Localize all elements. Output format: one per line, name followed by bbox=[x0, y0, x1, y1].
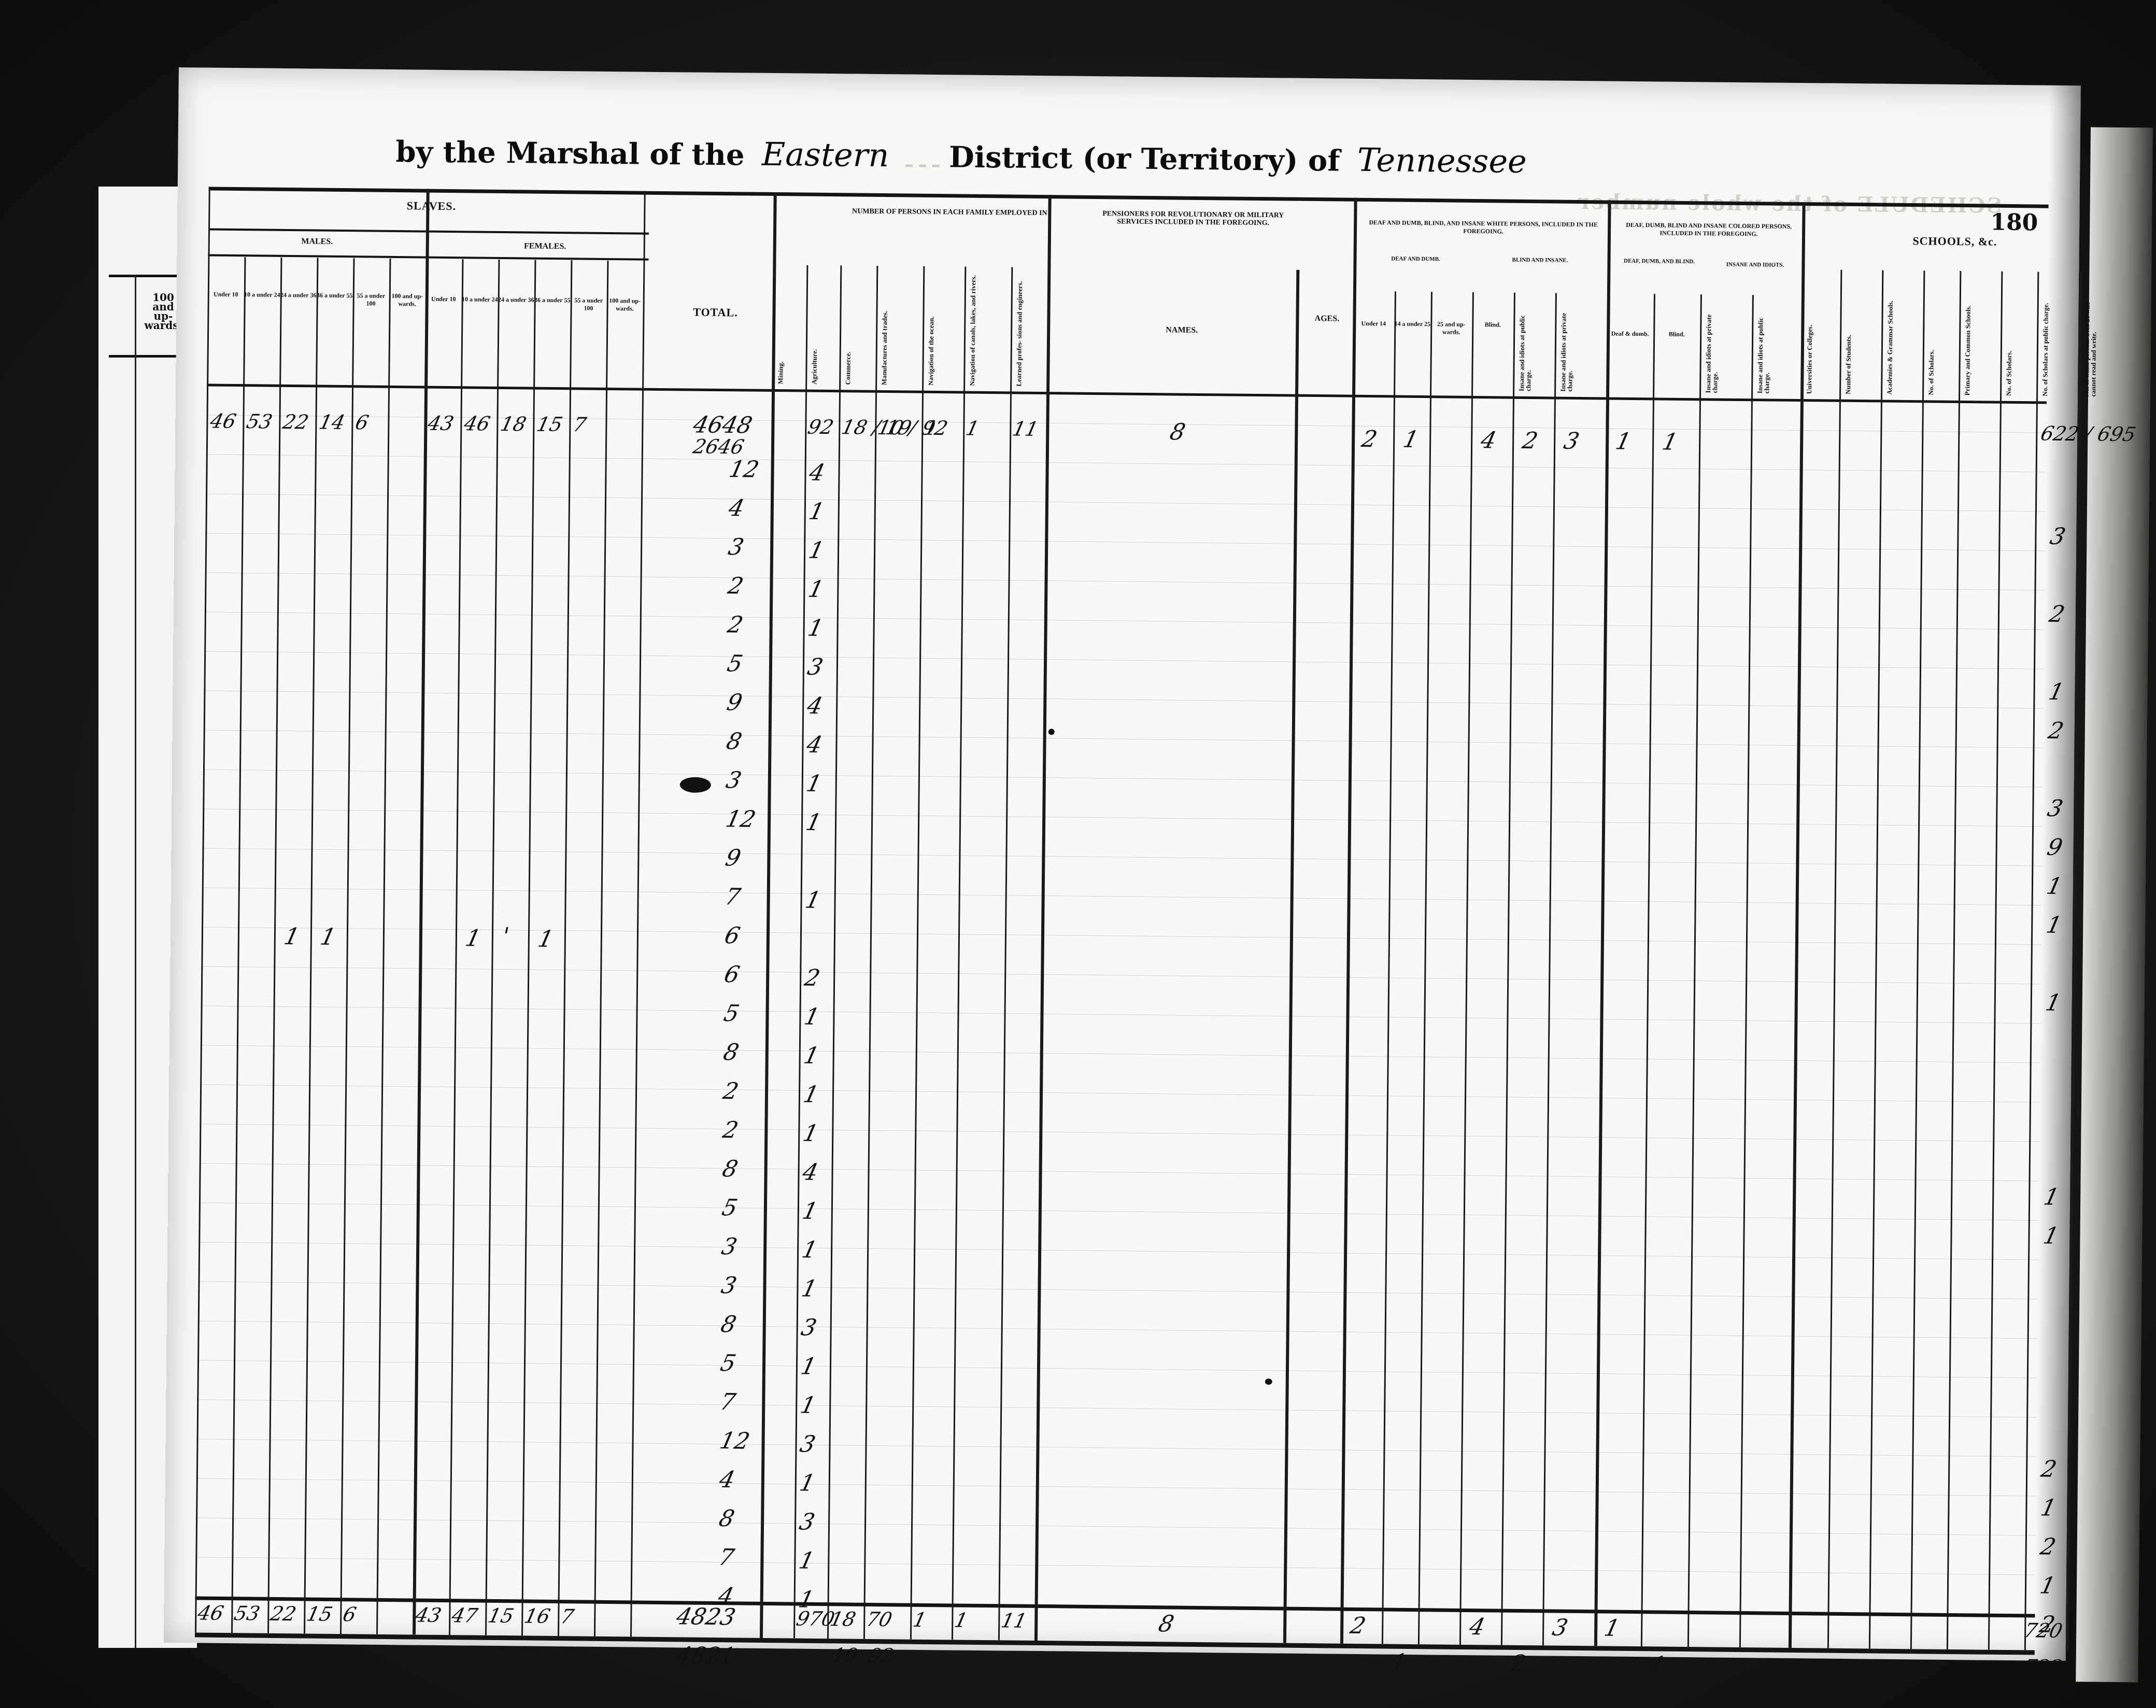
family-total: 6 bbox=[722, 922, 742, 949]
column-rule bbox=[863, 266, 878, 1639]
column-rule bbox=[1869, 271, 1884, 1649]
agriculture-count: 4 bbox=[807, 460, 827, 486]
column-rule bbox=[1910, 271, 1925, 1649]
footer-colored-disabled-total: 1 bbox=[1602, 1615, 1622, 1642]
column-rule bbox=[231, 257, 246, 1633]
family-total: 5 bbox=[718, 1350, 738, 1376]
family-total: 5 bbox=[725, 650, 745, 677]
footer-employment-total: 1 bbox=[952, 1609, 970, 1632]
footer-slave-male-total: 53 bbox=[232, 1602, 262, 1625]
column-rule bbox=[1687, 294, 1702, 1647]
family-total: 7 bbox=[722, 884, 743, 910]
row-gridline bbox=[196, 1517, 2036, 1535]
slave-female-count: 18 bbox=[499, 412, 529, 435]
slave-female-count: 7 bbox=[571, 413, 589, 436]
males-header: MALES. bbox=[260, 237, 374, 247]
agriculture-count: 3 bbox=[797, 1509, 817, 1535]
family-total: 8 bbox=[716, 1505, 736, 1532]
female-age-column-header: 36 a under 55 bbox=[534, 296, 571, 305]
white-disabled-column-header: Insane and idiots at private charge. bbox=[1559, 298, 1586, 392]
bleed-through-text: ـ ـ ـ bbox=[906, 147, 939, 172]
male-age-column-header: 24 a under 36 bbox=[280, 291, 317, 300]
agriculture-count: 1 bbox=[800, 1198, 820, 1225]
row-gridline bbox=[195, 1557, 2035, 1575]
column-rule bbox=[195, 187, 210, 1633]
agriculture-count: 1 bbox=[797, 1470, 817, 1497]
ink-dot bbox=[1265, 1378, 1272, 1385]
female-age-column-header: Under 10 bbox=[425, 295, 462, 304]
row-gridline bbox=[197, 1439, 2037, 1457]
family-total: 7 bbox=[716, 1544, 736, 1571]
white-disabled-count: 2 bbox=[1520, 428, 1540, 454]
column-rule bbox=[1988, 272, 2003, 1650]
employment-count: 11 bbox=[1010, 418, 1040, 440]
total-count-line2: 2646 bbox=[691, 435, 746, 459]
white-disabled-count: 1 bbox=[1401, 426, 1421, 453]
slave-female-count: 46 bbox=[462, 412, 492, 435]
schools-column-header: Number of Students. bbox=[1845, 280, 1877, 395]
colored-disabled-header: DEAF, DUMB, BLIND AND INSANE COLORED PER… bbox=[1613, 221, 1805, 239]
agriculture-count: 1 bbox=[806, 537, 826, 564]
column-rule bbox=[1418, 292, 1432, 1644]
white-disabled-count: 4 bbox=[1479, 427, 1499, 453]
white-disabled-count: 2 bbox=[1359, 426, 1380, 452]
footer-slave-male-total: 46 bbox=[195, 1602, 225, 1625]
row-gridline bbox=[197, 1360, 2037, 1378]
footer-employment-total: 18 bbox=[828, 1607, 858, 1630]
footer-slave-male-total: 15 bbox=[304, 1603, 334, 1626]
schools-column-header: Universities or Colleges. bbox=[1806, 280, 1835, 394]
row-gridline bbox=[200, 1084, 2040, 1102]
agriculture-count: 3 bbox=[805, 654, 825, 680]
male-age-column-header: 10 a under 24 bbox=[244, 291, 280, 299]
row-gridline bbox=[206, 494, 2046, 512]
male-age-column-header: 100 and up- wards. bbox=[389, 292, 425, 308]
column-rule bbox=[910, 266, 925, 1640]
state-handwritten: Tennessee bbox=[1357, 141, 1527, 180]
column-rule bbox=[827, 265, 842, 1639]
total-header: TOTAL. bbox=[669, 305, 762, 320]
agriculture-count: 1 bbox=[803, 809, 824, 836]
agriculture-count: 1 bbox=[806, 576, 826, 603]
footer-pensioner-total: 8 bbox=[1156, 1611, 1176, 1637]
row-gridline bbox=[205, 573, 2045, 591]
column-rule bbox=[558, 260, 572, 1636]
column-rule bbox=[413, 189, 430, 1635]
column-rule bbox=[998, 267, 1013, 1640]
agriculture-count: 1 bbox=[801, 1081, 821, 1108]
census-table: SLAVES. MALES. FEMALES. Under 10Under 10… bbox=[195, 187, 2049, 1645]
footer-slave-female-total: 15 bbox=[486, 1604, 516, 1627]
agriculture-count: 1 bbox=[798, 1354, 818, 1380]
family-total: 12 bbox=[723, 806, 758, 832]
agriculture-count: 1 bbox=[803, 887, 823, 914]
column-rule bbox=[1283, 270, 1299, 1643]
title-middle: District (or Territory) of bbox=[949, 140, 1340, 178]
footer-white-disabled-total: 2 bbox=[1348, 1613, 1368, 1639]
colored-disabled-column-header: Blind. bbox=[1653, 330, 1700, 338]
column-rule bbox=[521, 260, 536, 1636]
column-rule bbox=[1789, 202, 1806, 1648]
column-rule bbox=[1739, 295, 1754, 1647]
schools-header: SCHOOLS, &c. bbox=[1877, 234, 2033, 249]
family-total: 3 bbox=[724, 767, 744, 793]
row-gridline bbox=[196, 1478, 2036, 1496]
ink-dot bbox=[1048, 729, 1055, 735]
column-rule bbox=[1542, 293, 1557, 1646]
schools-column-header: No. of Scholars. bbox=[1927, 281, 1954, 395]
employment-count: 92 bbox=[806, 416, 836, 438]
row-gridline bbox=[202, 888, 2042, 906]
column-rule bbox=[594, 261, 608, 1636]
row-gridline bbox=[205, 533, 2045, 551]
employment-column-header: Commerce. bbox=[844, 271, 871, 385]
column-rule bbox=[1034, 195, 1052, 1641]
pensioners-header: PENSIONERS FOR REVOLUTIONARY OR MILITARY… bbox=[1089, 210, 1297, 227]
white-disabled-count: 3 bbox=[1562, 428, 1582, 454]
white-disabled-column-header: Insane and idiots at public charge. bbox=[1518, 298, 1545, 391]
footer-white-disabled-total: 3 bbox=[1550, 1615, 1570, 1641]
footer-employment-below: 92 bbox=[866, 1644, 896, 1667]
family-total: 9 bbox=[723, 845, 743, 871]
family-total: 2 bbox=[726, 573, 746, 599]
family-total: 6 bbox=[722, 961, 742, 988]
male-age-column-header: 36 a under 55 bbox=[317, 292, 353, 300]
male-age-column-header: Under 10 bbox=[208, 291, 244, 299]
footer-grand-total: 4823 bbox=[674, 1603, 738, 1630]
colored-disabled-count: 1 bbox=[1660, 429, 1680, 456]
colored-disabled-column-header: Insane and idiots at private charge. bbox=[1705, 302, 1737, 393]
family-total: 3 bbox=[719, 1233, 740, 1260]
row-gridline bbox=[201, 1045, 2040, 1063]
footer-slave-female-total: 16 bbox=[522, 1605, 552, 1628]
colored-disabled-column-header: Insane and idiots at public charge. bbox=[1756, 303, 1789, 394]
colored-insane-subheader: INSANE AND IDIOTS. bbox=[1708, 261, 1802, 269]
slave-male-count: 6 bbox=[353, 411, 371, 434]
family-total: 5 bbox=[721, 1000, 742, 1027]
white-disabled-column-header: 14 a under 25 bbox=[1394, 320, 1430, 329]
colored-disabled-count: 1 bbox=[1613, 429, 1634, 455]
schools-column-header: No. of Scholars. bbox=[2005, 282, 2032, 396]
column-rule bbox=[376, 259, 391, 1634]
employment-column-header: Navigation of the ocean. bbox=[927, 272, 959, 386]
employment-column-header: Manufactures and trades. bbox=[881, 271, 918, 386]
column-rule bbox=[1594, 200, 1611, 1646]
column-rule bbox=[1382, 292, 1396, 1644]
footer-grand-total-below: 4821 bbox=[674, 1642, 737, 1669]
column-rule bbox=[630, 191, 646, 1637]
colored-deaf-dumb-blind-subheader: DEAF, DUMB, AND BLIND. bbox=[1612, 258, 1706, 266]
pensioner-ages-header: AGES. bbox=[1306, 314, 1348, 324]
row-gridline bbox=[200, 1163, 2039, 1181]
footer-slave-male-total: 22 bbox=[268, 1602, 298, 1625]
schools-column-header: Academies & Grammar Schools. bbox=[1886, 281, 1918, 395]
family-total: 2 bbox=[720, 1117, 741, 1143]
family-total: 4 bbox=[717, 1467, 737, 1493]
female-age-column-header: 24 a under 36 bbox=[498, 296, 534, 304]
slave-male-count: 46 bbox=[208, 410, 238, 433]
agriculture-count: 1 bbox=[801, 1120, 821, 1147]
female-age-column-header: 10 a under 24 bbox=[462, 295, 498, 304]
row-gridline bbox=[198, 1242, 2038, 1260]
slave-male-count: 22 bbox=[281, 410, 311, 433]
column-rule bbox=[485, 260, 500, 1635]
row-gridline bbox=[206, 454, 2046, 473]
footer-employment-total: 1 bbox=[911, 1609, 928, 1631]
employment-column-header: Learned profes- sions and engineers. bbox=[1015, 273, 1042, 387]
footer-slave-female-total: 43 bbox=[413, 1604, 443, 1627]
row-gridline bbox=[200, 1123, 2039, 1142]
footer-white-disabled-total: 4 bbox=[1467, 1614, 1487, 1640]
footer-slave-female-total: 47 bbox=[449, 1604, 479, 1627]
column-rule bbox=[1827, 270, 1842, 1648]
white-disabled-header: DEAF AND DUMB, BLIND, AND INSANE WHITE P… bbox=[1359, 219, 1608, 237]
column-rule bbox=[1459, 292, 1474, 1645]
row-gridline bbox=[198, 1320, 2038, 1339]
agriculture-count: 1 bbox=[798, 1392, 818, 1419]
female-age-column-header: 100 and up- wards. bbox=[606, 297, 643, 313]
column-rule bbox=[1641, 294, 1655, 1646]
row-gridline bbox=[205, 612, 2045, 630]
footer-employment-total: 70 bbox=[864, 1608, 894, 1631]
schools-column-header: Primary and Common Schools. bbox=[1964, 281, 1996, 396]
slave-female-count: ' bbox=[499, 923, 511, 949]
white-disabled-column-header: 25 and up- wards. bbox=[1430, 320, 1472, 336]
agriculture-count: 4 bbox=[800, 1159, 820, 1186]
agriculture-count: 1 bbox=[799, 1276, 819, 1302]
family-total: 5 bbox=[719, 1194, 740, 1221]
employment-column-header: Mining. bbox=[777, 270, 801, 384]
row-gridline bbox=[204, 691, 2044, 709]
title-prefix: by the Marshal of the bbox=[395, 135, 745, 172]
row-gridline bbox=[204, 651, 2044, 670]
family-total: 8 bbox=[718, 1311, 739, 1337]
females-header: FEMALES. bbox=[488, 241, 602, 252]
agriculture-count: 1 bbox=[802, 1004, 822, 1030]
employment-column-header: Navigation of canals, lakes, and rivers. bbox=[969, 272, 1006, 387]
slaves-header: SLAVES. bbox=[353, 198, 509, 214]
family-total: 9 bbox=[725, 689, 745, 716]
family-total: 7 bbox=[718, 1389, 738, 1415]
footer-slave-male-total: 6 bbox=[341, 1603, 358, 1626]
family-total: 8 bbox=[720, 1156, 740, 1182]
row-gridline bbox=[198, 1281, 2038, 1299]
row-gridline bbox=[204, 730, 2044, 748]
census-page: by the Marshal of the Eastern ـ ـ ـ Dist… bbox=[164, 67, 2081, 1661]
column-rule bbox=[1501, 293, 1515, 1645]
slave-female-count: 15 bbox=[535, 413, 565, 436]
agriculture-count: 1 bbox=[806, 499, 827, 525]
agriculture-count: 1 bbox=[805, 615, 826, 642]
row-gridline bbox=[203, 848, 2042, 866]
slave-male-count: 14 bbox=[317, 411, 347, 434]
pensioner-names-header: NAMES. bbox=[1130, 325, 1233, 336]
column-rule bbox=[760, 192, 777, 1638]
agriculture-count: 1 bbox=[804, 771, 824, 797]
footer-employment-total: 11 bbox=[999, 1609, 1029, 1632]
employment-header: NUMBER OF PERSONS IN EACH FAMILY EMPLOYE… bbox=[815, 207, 1084, 218]
family-total: 12 bbox=[717, 1428, 752, 1454]
row-gridline bbox=[197, 1399, 2037, 1417]
family-total: 2 bbox=[720, 1078, 741, 1104]
agriculture-count: 1 bbox=[801, 1043, 821, 1069]
white-blind-insane-subheader: BLIND AND INSANE. bbox=[1478, 256, 1602, 265]
male-age-column-header: 55 a under 100 bbox=[353, 292, 389, 308]
column-rule bbox=[267, 258, 282, 1633]
column-rule bbox=[340, 258, 354, 1634]
left-page-column-rule bbox=[135, 275, 136, 1648]
white-disabled-column-header: Under 14 bbox=[1353, 320, 1394, 328]
agriculture-count: 3 bbox=[799, 1315, 819, 1341]
page-title: by the Marshal of the Eastern ـ ـ ـ Dist… bbox=[395, 132, 1534, 180]
agriculture-count: 1 bbox=[797, 1548, 817, 1574]
column-rule bbox=[952, 267, 966, 1640]
slave-female-count: 43 bbox=[426, 412, 456, 435]
row-gridline bbox=[203, 809, 2042, 827]
row-gridline bbox=[203, 770, 2043, 788]
row-gridline bbox=[201, 966, 2041, 984]
female-age-column-header: 55 a under 100 bbox=[571, 296, 607, 312]
pensioner-count: 8 bbox=[1168, 419, 1188, 445]
slave-male-count: 53 bbox=[245, 410, 275, 433]
footer-slave-female-total: 7 bbox=[558, 1605, 576, 1628]
row-gridline bbox=[201, 1005, 2041, 1023]
family-total: 3 bbox=[719, 1272, 739, 1299]
ink-blot bbox=[680, 777, 711, 793]
family-total: 12 bbox=[727, 456, 761, 482]
white-disabled-column-header: Blind. bbox=[1472, 321, 1513, 329]
agriculture-count: 3 bbox=[798, 1431, 818, 1458]
colored-disabled-column-header: Deaf & dumb. bbox=[1607, 330, 1653, 338]
row-gridline bbox=[199, 1202, 2039, 1220]
column-rule bbox=[1947, 271, 1962, 1649]
employment-count: 1 bbox=[963, 417, 981, 440]
schools-column-header: No. of white persons over 20 who cannot … bbox=[2083, 282, 2097, 396]
column-rule bbox=[304, 258, 318, 1634]
family-total: 8 bbox=[721, 1039, 741, 1065]
family-total: 8 bbox=[724, 728, 744, 755]
employment-column-header: Agriculture. bbox=[811, 271, 835, 385]
footer-employment-below: 19 bbox=[830, 1644, 860, 1667]
column-rule bbox=[1340, 198, 1357, 1644]
family-total: 2 bbox=[725, 611, 745, 638]
column-rule bbox=[449, 259, 463, 1635]
district-handwritten: Eastern bbox=[762, 135, 889, 174]
white-deaf-dumb-subheader: DEAF AND DUMB. bbox=[1358, 255, 1472, 264]
agriculture-count: 1 bbox=[799, 1237, 819, 1263]
agriculture-count: 2 bbox=[802, 965, 822, 991]
